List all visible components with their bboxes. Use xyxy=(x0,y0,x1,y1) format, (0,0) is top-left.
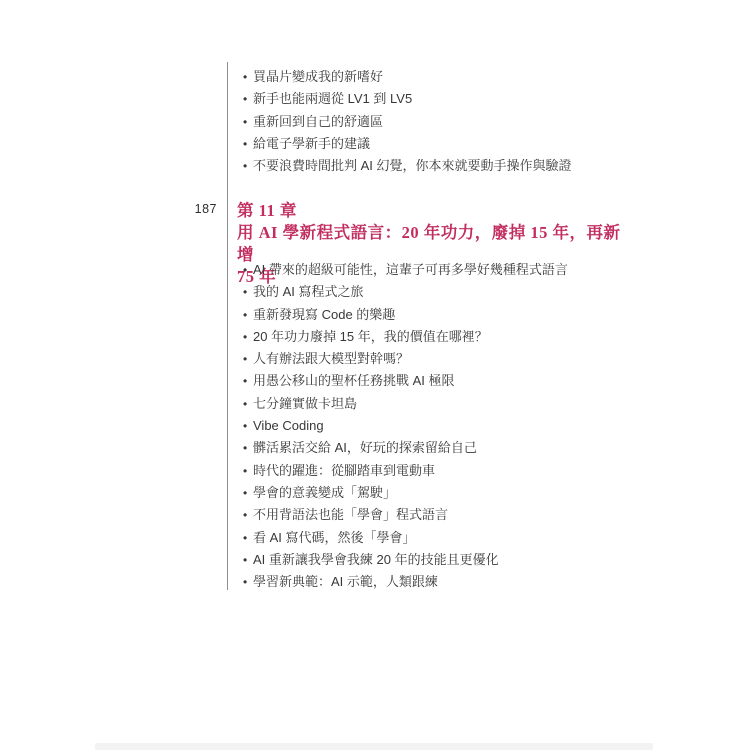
bullet-icon: • xyxy=(243,527,253,549)
toc-item-label: 不用背語法也能「學會」程式語言 xyxy=(253,507,448,522)
bullet-icon: • xyxy=(243,504,253,526)
toc-item-label: 20 年功力廢掉 15 年，我的價值在哪裡？ xyxy=(253,329,488,344)
bullet-icon: • xyxy=(243,482,253,504)
toc-item-label: 學會的意義變成「駕駛」 xyxy=(253,485,396,500)
bullet-icon: • xyxy=(243,415,253,437)
page-bottom-edge xyxy=(95,743,653,750)
bullet-icon: • xyxy=(243,326,253,348)
toc-item: •七分鐘實做卡坦島 xyxy=(243,393,723,415)
toc-item: •不要浪費時間批判 AI 幻覺，你本來就要動手操作與驗證 xyxy=(243,155,723,177)
toc-item: •重新回到自己的舒適區 xyxy=(243,111,723,133)
toc-item: •AI 重新讓我學會我練 20 年的技能且更優化 xyxy=(243,549,723,571)
toc-item: •看 AI 寫代碼，然後「學會」 xyxy=(243,527,723,549)
toc-item: •不用背語法也能「學會」程式語言 xyxy=(243,504,723,526)
toc-item: •用愚公移山的聖杯任務挑戰 AI 極限 xyxy=(243,370,723,392)
bullet-icon: • xyxy=(243,66,253,88)
toc-item-label: 髒活累活交給 AI，好玩的探索留給自己 xyxy=(253,440,477,455)
bullet-icon: • xyxy=(243,549,253,571)
bullet-icon: • xyxy=(243,304,253,326)
toc-item: •髒活累活交給 AI，好玩的探索留給自己 xyxy=(243,437,723,459)
toc-item-label: 看 AI 寫代碼，然後「學會」 xyxy=(253,530,416,545)
bullet-icon: • xyxy=(243,437,253,459)
toc-list-upper: •買晶片變成我的新嗜好•新手也能兩週從 LV1 到 LV5•重新回到自己的舒適區… xyxy=(243,66,723,177)
chapter-label: 第 11 章 xyxy=(237,200,637,222)
toc-item: •人有辦法跟大模型對幹嗎？ xyxy=(243,348,723,370)
toc-item-label: 用愚公移山的聖杯任務挑戰 AI 極限 xyxy=(253,373,455,388)
toc-item-label: 重新回到自己的舒適區 xyxy=(253,114,383,129)
toc-item-label: 我的 AI 寫程式之旅 xyxy=(253,284,364,299)
bullet-icon: • xyxy=(243,133,253,155)
toc-item: •我的 AI 寫程式之旅 xyxy=(243,281,723,303)
bullet-icon: • xyxy=(243,393,253,415)
toc-item-label: 給電子學新手的建議 xyxy=(253,136,370,151)
toc-item-label: 七分鐘實做卡坦島 xyxy=(253,396,357,411)
bullet-icon: • xyxy=(243,155,253,177)
toc-item-label: 重新發現寫 Code 的樂趣 xyxy=(253,307,395,322)
toc-item-label: AI 重新讓我學會我練 20 年的技能且更優化 xyxy=(253,552,499,567)
toc-item-label: 不要浪費時間批判 AI 幻覺，你本來就要動手操作與驗證 xyxy=(253,158,572,173)
toc-item: •Vibe Coding xyxy=(243,415,723,437)
toc-item: •學習新典範：AI 示範，人類跟練 xyxy=(243,571,723,593)
toc-item: •買晶片變成我的新嗜好 xyxy=(243,66,723,88)
bullet-icon: • xyxy=(243,259,253,281)
toc-item-label: 人有辦法跟大模型對幹嗎？ xyxy=(253,351,409,366)
toc-item-label: 新手也能兩週從 LV1 到 LV5 xyxy=(253,91,412,106)
toc-item: •學會的意義變成「駕駛」 xyxy=(243,482,723,504)
toc-item-label: Vibe Coding xyxy=(253,418,324,433)
toc-item: •給電子學新手的建議 xyxy=(243,133,723,155)
toc-item: •新手也能兩週從 LV1 到 LV5 xyxy=(243,88,723,110)
bullet-icon: • xyxy=(243,370,253,392)
toc-item: •重新發現寫 Code 的樂趣 xyxy=(243,304,723,326)
bullet-icon: • xyxy=(243,111,253,133)
toc-list-lower: •AI 帶來的超級可能性，這輩子可再多學好幾種程式語言•我的 AI 寫程式之旅•… xyxy=(243,259,723,593)
toc-item: •時代的躍進：從腳踏車到電動車 xyxy=(243,460,723,482)
toc-item: •AI 帶來的超級可能性，這輩子可再多學好幾種程式語言 xyxy=(243,259,723,281)
chapter-divider-line xyxy=(227,62,228,590)
bullet-icon: • xyxy=(243,281,253,303)
toc-item-label: 時代的躍進：從腳踏車到電動車 xyxy=(253,463,435,478)
bullet-icon: • xyxy=(243,571,253,593)
toc-item-label: 學習新典範：AI 示範，人類跟練 xyxy=(253,574,438,589)
toc-item-label: 買晶片變成我的新嗜好 xyxy=(253,69,383,84)
page-number: 187 xyxy=(140,202,217,217)
bullet-icon: • xyxy=(243,460,253,482)
toc-item: •20 年功力廢掉 15 年，我的價值在哪裡？ xyxy=(243,326,723,348)
bullet-icon: • xyxy=(243,88,253,110)
bullet-icon: • xyxy=(243,348,253,370)
book-toc-page: 187 •買晶片變成我的新嗜好•新手也能兩週從 LV1 到 LV5•重新回到自己… xyxy=(0,0,750,750)
toc-item-label: AI 帶來的超級可能性，這輩子可再多學好幾種程式語言 xyxy=(253,262,568,277)
